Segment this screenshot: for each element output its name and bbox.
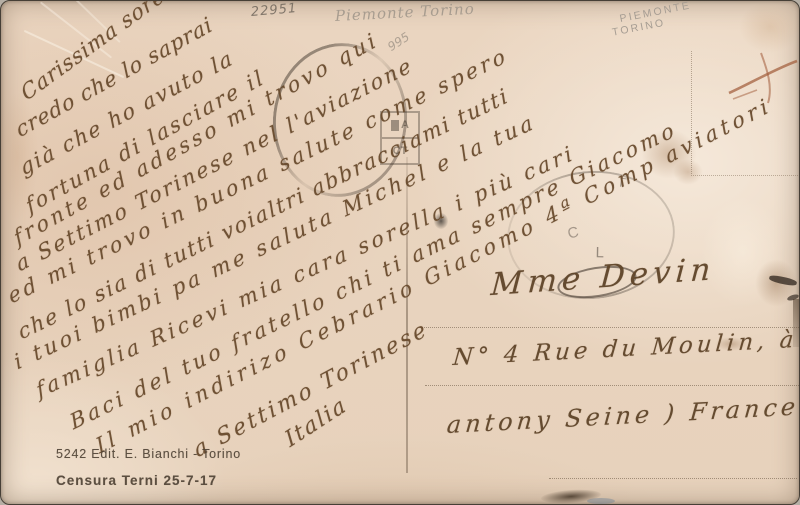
scanned-postcard: A CT Γ C L 22951 Piemonte Torino 995 PIE… xyxy=(0,0,800,505)
pencil-catalog-number: 22951 xyxy=(250,1,297,20)
address-rule-line xyxy=(425,385,799,386)
stain xyxy=(755,259,797,307)
address-line-2: N° 4 Rue du Moulin, à xyxy=(452,327,799,371)
divider-line xyxy=(406,157,408,473)
address-rule-line xyxy=(549,478,797,479)
censor-mark: Censura Terni 25-7-17 xyxy=(56,473,217,488)
pencil-note-cursive: Piemonte Torino xyxy=(335,0,476,25)
address-rule-line xyxy=(419,327,799,328)
postmark-letter: C xyxy=(566,223,580,242)
pencil-region-note: PIEMONTE TORINO xyxy=(619,0,695,37)
address-line-3: antony Seine ) France xyxy=(446,392,800,439)
pencil-small-number: 995 xyxy=(385,30,412,54)
postcard-back: A CT Γ C L 22951 Piemonte Torino 995 PIE… xyxy=(0,0,800,505)
bottom-smudge xyxy=(541,488,602,505)
ink-smear xyxy=(787,293,800,301)
bottom-smudge xyxy=(587,498,615,504)
ink-smear xyxy=(769,274,798,287)
publisher-credit: 5242 Edit. E. Bianchi - Torino xyxy=(56,447,241,461)
stain xyxy=(739,1,800,53)
